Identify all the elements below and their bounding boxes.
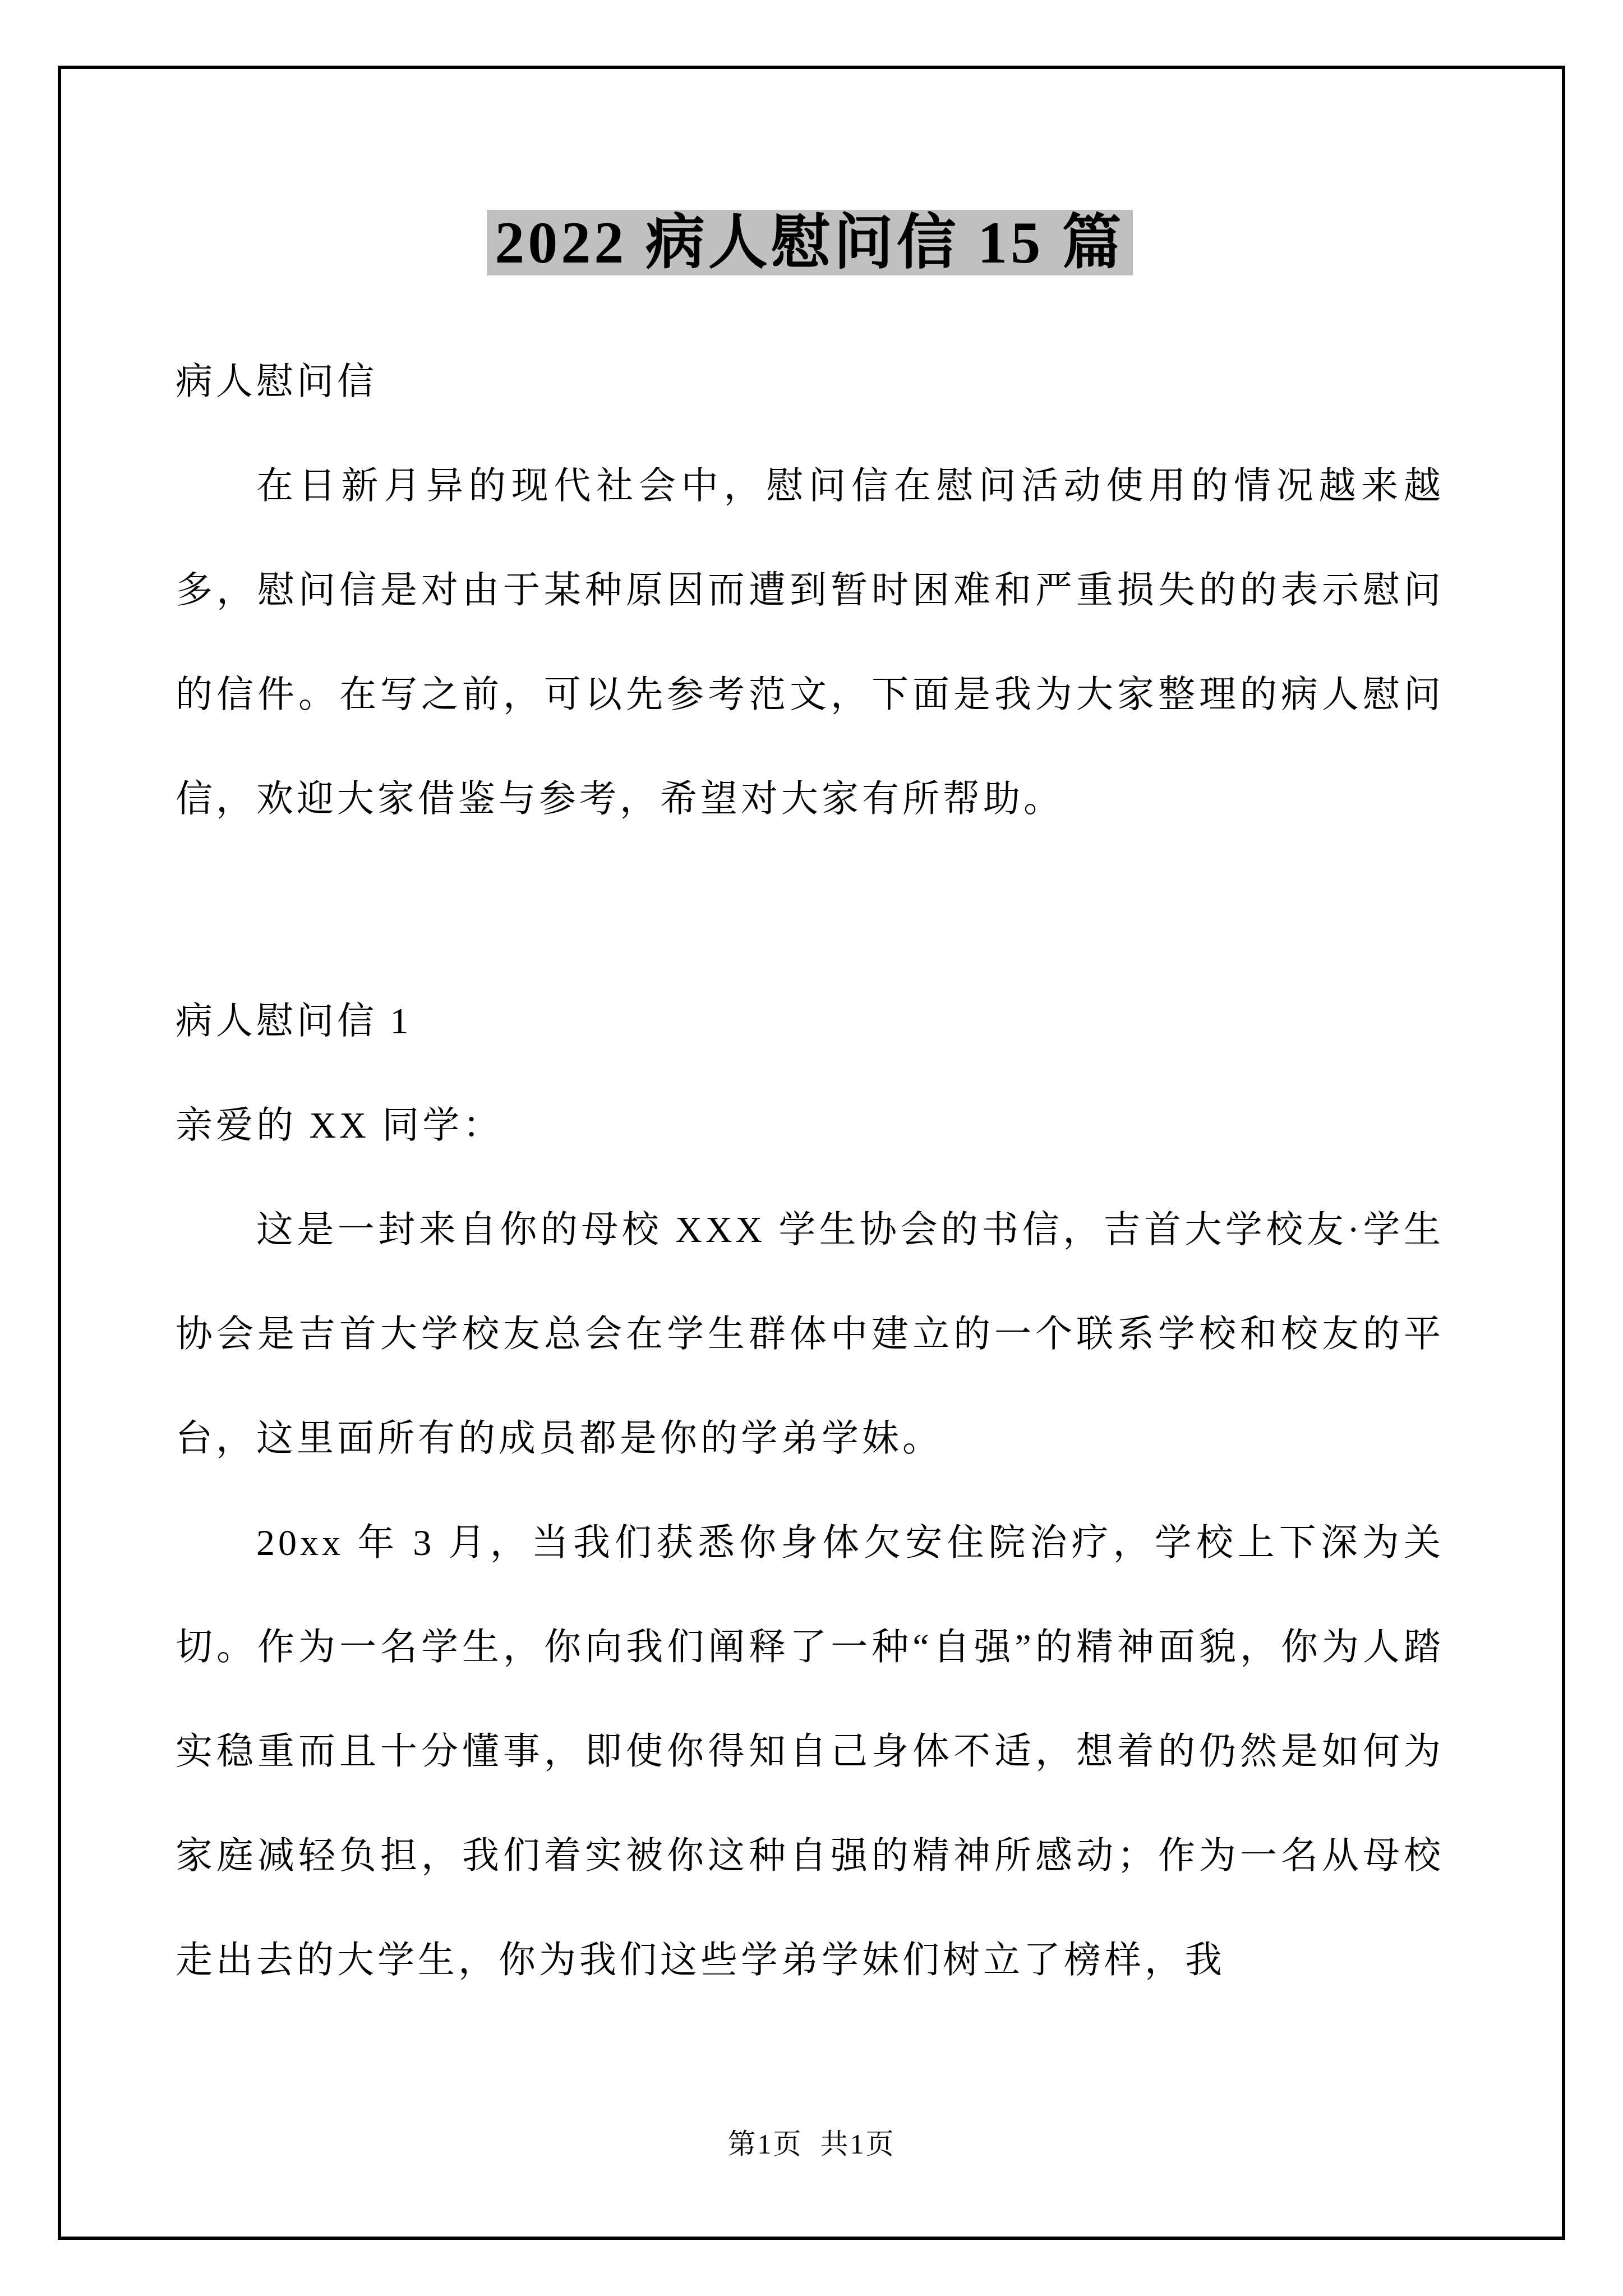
paragraph-salutation: 亲爱的 XX 同学： <box>176 1074 1444 1178</box>
paragraph-body-2: 20xx 年 3 月，当我们获悉你身体欠安住院治疗，学校上下深为关切。作为一名学… <box>176 1491 1444 2013</box>
document-title: 2022 病人慰问信 15 篇 <box>176 201 1444 285</box>
title-highlight: 2022 病人慰问信 15 篇 <box>487 210 1133 275</box>
paragraph-lead-label: 病人慰问信 <box>176 330 1444 434</box>
document-page: 2022 病人慰问信 15 篇 病人慰问信 在日新月异的现代社会中，慰问信在慰问… <box>0 0 1623 2013</box>
page-footer: 第1页 共1页 <box>0 2122 1623 2162</box>
paragraph-body-1: 这是一封来自你的母校 XXX 学生协会的书信，吉首大学校友·学生协会是吉首大学校… <box>176 1178 1444 1491</box>
document-content: 2022 病人慰问信 15 篇 病人慰问信 在日新月异的现代社会中，慰问信在慰问… <box>0 0 1623 2013</box>
section-heading-letter-1: 病人慰问信 1 <box>176 969 1444 1074</box>
page-number-text: 第1页 共1页 <box>728 2128 896 2160</box>
paragraph-intro: 在日新月异的现代社会中，慰问信在慰问活动使用的情况越来越多，慰问信是对由于某种原… <box>176 434 1444 852</box>
